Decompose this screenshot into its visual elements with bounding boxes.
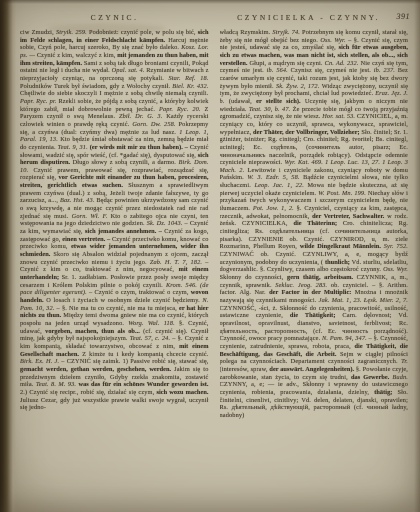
- text-run: Stryjk. 74.: [272, 29, 302, 36]
- text-run: der auswärt. Angelegenheiten).: [269, 366, 355, 373]
- scanned-dictionary-page: CZYNIC. CZYNICIELKA - CZYNNY. 391 ciw Zm…: [0, 0, 420, 512]
- text-run: Oss. Wyr. –: [320, 37, 353, 44]
- text-run: N. Pam. 94, 347. –: [322, 335, 374, 342]
- text-run: sich wozu machen.: [157, 389, 209, 396]
- text-run: Opal. sat. 4.: [112, 67, 147, 74]
- text-run: die Thäterinn;: [293, 220, 342, 227]
- text-run: Stryik. 259.: [56, 29, 89, 36]
- running-head-right: CZYNICIELKA - CZYNNY.: [237, 13, 380, 22]
- text-run: Sekluc. Jeog. 283.: [275, 282, 331, 289]
- text-columns: ciw Zmudzi, Stryik. 259. Podobnież: czyn…: [20, 29, 408, 476]
- text-run: Zab. H. T. 7, 182. –: [150, 259, 209, 266]
- text-run: §. Nie ma tu co czynić, nie ma tu miejsc…: [62, 305, 179, 312]
- text-run: Jak. Mat. 1, 23. Łęsk. Mier. 2, 7.: [319, 297, 408, 304]
- text-run: vorgeben, machen, thun als ob...: [45, 328, 143, 335]
- text-run: der Factor in der Multiplic:: [269, 289, 355, 296]
- text-run: Teat. 57, c. 24. –: [130, 335, 178, 342]
- text-run: gemacht werden, gethan werden, geschehen…: [20, 366, 174, 373]
- text-run: (er wirds mit mir zu thun haben). –: [90, 144, 190, 151]
- text-run: O losach i życiach w osobnym dziele czyn…: [46, 297, 202, 304]
- page-number: 391: [397, 12, 411, 21]
- text-run: (udawał,: [229, 98, 256, 105]
- text-run: Juliusz Cezar, gdy już wszystkie prawie …: [20, 397, 209, 412]
- text-run: Worg. Wal. 118.: [128, 320, 179, 327]
- text-run: W. Post. Mn. 199.: [318, 190, 368, 197]
- text-run: Oss. Wyr.: [383, 266, 408, 273]
- text-run: Tr.: [401, 358, 408, 365]
- text-run: Papr. Ryc. pr.: [20, 98, 58, 105]
- text-run: Budn.: [392, 374, 408, 381]
- text-run: Czynić z kim, walczyć z kim,: [37, 52, 117, 59]
- text-run: der Thäter, der Vollbringer, Vollzieher;: [253, 129, 361, 136]
- text-run: Głupi, a mądrym się czyni.: [249, 60, 324, 67]
- text-run: Syr. 752.: [384, 243, 408, 250]
- text-run: Teat. 9, 31.: [58, 144, 90, 151]
- text-run: ib. 237.: [374, 67, 398, 74]
- text-run: Teat. 30, b. 47.: [249, 106, 293, 113]
- text-run: Sk. Żyw. 2, 172.: [276, 83, 322, 90]
- text-run: Sk. Dz. 1043. –: [147, 220, 190, 227]
- text-run: Czynić o czym, traktować o czym,: [95, 289, 191, 296]
- text-run: Star. Ref. 18.: [169, 75, 209, 82]
- text-run: die Thätigkeit;: [290, 312, 342, 319]
- text-run: ciw Zmudzi,: [20, 29, 56, 36]
- text-run: wilde Dingelkraut Männlein.: [300, 243, 384, 250]
- text-run: Cn. Ad. 232.: [325, 60, 361, 67]
- text-run: Hor. sat. 53.: [322, 113, 357, 120]
- text-run: der Vertreter, Sachwalter.: [312, 213, 387, 220]
- text-run: was das für ein schönes Wunder geworden …: [78, 381, 208, 388]
- text-run: Południków Turek był świadom, gdy z Woło…: [20, 83, 172, 90]
- text-run: das Gewerbe.: [351, 374, 392, 381]
- running-header: CZYNIC. CZYNICIELKA - CZYNNY. 391: [20, 13, 408, 22]
- text-run: Teat. 8. M. 93.: [36, 381, 79, 388]
- text-run: 2.) Czynić się recipr., robić się, dział…: [20, 389, 157, 396]
- left-text-column: ciw Zmudzi, Stryik. 259. Podobnież: czyn…: [20, 29, 209, 476]
- page-body: CZYNIC. CZYNICIELKA - CZYNNY. 391 ciw Zm…: [16, 0, 414, 512]
- text-run: ib. 564.: [267, 67, 291, 74]
- text-run: Czynić z kim o co, traktować z nim, nego…: [20, 266, 179, 273]
- text-run: Gorn. Dw. 258.: [132, 121, 178, 128]
- text-run: thätig;: [374, 389, 397, 396]
- text-run: W. 3. Ezdr. 5, 58.: [247, 174, 303, 181]
- text-run: Gorn. Wł. F.: [72, 213, 111, 220]
- text-run: Podobnież: czynić pole, w polu się bić,: [89, 29, 198, 36]
- text-run: Pot. Jow. 1, 2.: [253, 205, 297, 212]
- scan-right-edge: [414, 0, 420, 512]
- text-run: Długo słowy z sobą czynili, a darmo.: [73, 159, 179, 166]
- text-run: sich jemandes annehmen. –: [85, 228, 164, 235]
- text-run: Czynisz się, czymeś nie jest.: [291, 67, 374, 74]
- text-run: Z kimże tu i kedy kompanią chcecie czyni…: [82, 351, 208, 358]
- binding-edge-shadow: [0, 0, 16, 512]
- text-run: Birk. Ex. H. J. –: [20, 358, 67, 365]
- text-run: thunlich;: [325, 259, 352, 266]
- text-run: er stellte sich).: [256, 98, 305, 105]
- text-run: Biel. Kr. 432.: [172, 83, 208, 90]
- text-run: (interesów, spraw,: [220, 366, 270, 373]
- text-run: Skłonny do czynności,: [220, 274, 288, 281]
- text-run: Chętliwie do siebie skoczyli I mężnie z …: [20, 90, 209, 97]
- right-text-column: władcą Rzymskim. Stryjk. 74. Potrzebnym …: [220, 29, 409, 476]
- text-run: Baz. Hst. 43.: [60, 197, 96, 204]
- text-run: gern thätig, arbeitsam.: [287, 274, 357, 281]
- text-run: einen vertreten. –: [62, 236, 112, 243]
- text-run: Papr. Ryc. 20.: [159, 106, 205, 113]
- text-run: Zbił. Dr. G. 3.: [119, 113, 166, 120]
- text-run: władcą Rzymskim.: [220, 29, 273, 36]
- running-head-left: CZYNIC.: [20, 13, 209, 22]
- text-run: Leop. Jac. 1, 22.: [254, 182, 307, 189]
- text-run: CZYNIĆ się zaimk. 1) Passive robić się, …: [67, 358, 209, 365]
